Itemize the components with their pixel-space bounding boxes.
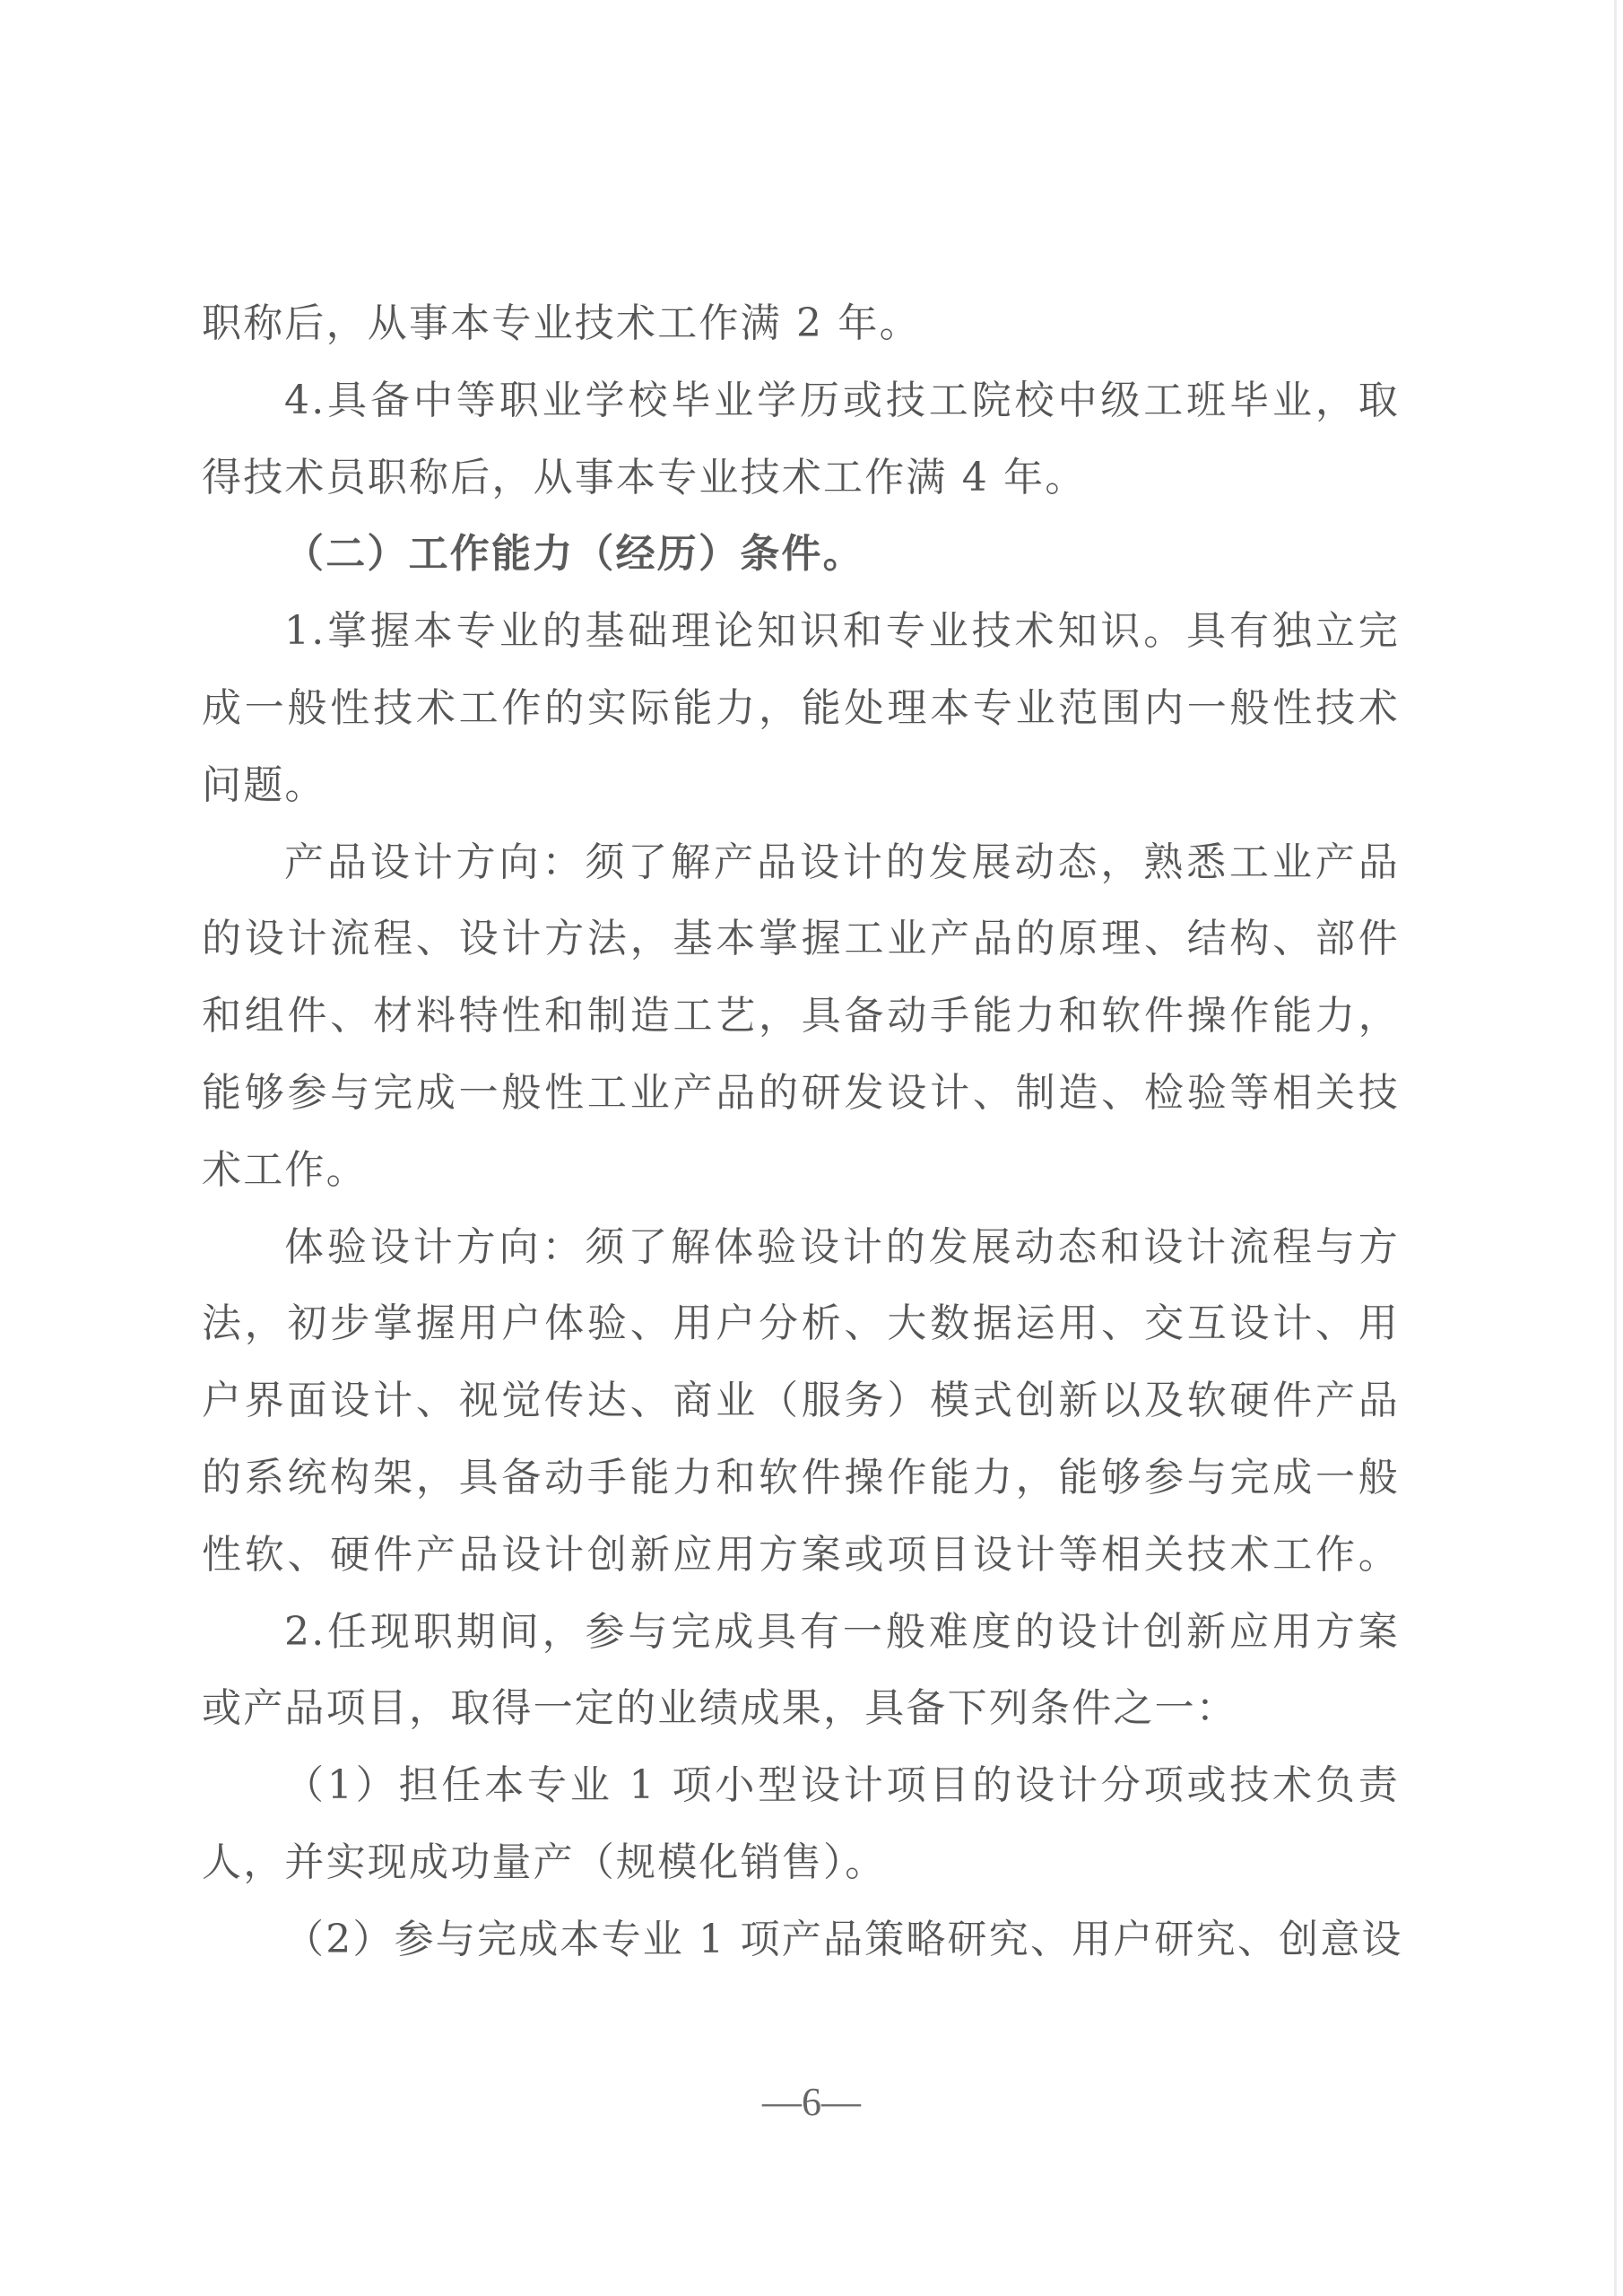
text-line: 得技术员职称后，从事本专业技术工作满 4 年。: [202, 439, 1400, 517]
text-line: 2.任现职期间，参与完成具有一般难度的设计创新应用方案: [202, 1594, 1400, 1671]
text-line: 户界面设计、视觉传达、商业（服务）模式创新以及软硬件产品: [202, 1362, 1400, 1439]
text-line: 成一般性技术工作的实际能力，能处理本专业范围内一般性技术: [202, 670, 1400, 747]
text-line: （2）参与完成本专业 1 项产品策略研究、用户研究、创意设: [202, 1901, 1400, 1979]
text-line: 1.掌握本专业的基础理论知识和专业技术知识。具有独立完: [202, 593, 1400, 670]
text-line: 体验设计方向：须了解体验设计的发展动态和设计流程与方: [202, 1209, 1400, 1286]
text-line: （1）担任本专业 1 项小型设计项目的设计分项或技术负责: [202, 1747, 1400, 1824]
text-line: 和组件、材料特性和制造工艺，具备动手能力和软件操作能力，: [202, 978, 1400, 1055]
text-line: 术工作。: [202, 1132, 1400, 1209]
text-line: 能够参与完成一般性工业产品的研发设计、制造、检验等相关技: [202, 1055, 1400, 1132]
text-line: 的设计流程、设计方法，基本掌握工业产品的原理、结构、部件: [202, 900, 1400, 978]
text-line: 问题。: [202, 747, 1400, 824]
text-line: 或产品项目，取得一定的业绩成果，具备下列条件之一：: [202, 1670, 1400, 1747]
document-body: 职称后，从事本专业技术工作满 2 年。 4.具备中等职业学校毕业学历或技工院校中…: [202, 285, 1400, 1979]
text-line: 职称后，从事本专业技术工作满 2 年。: [202, 285, 1400, 362]
text-line: 的系统构架，具备动手能力和软件操作能力，能够参与完成一般: [202, 1439, 1400, 1517]
text-line: 法，初步掌握用户体验、用户分析、大数据运用、交互设计、用: [202, 1285, 1400, 1362]
page-number: —6—: [0, 2079, 1623, 2125]
scan-edge-line: [1614, 0, 1617, 2296]
text-line: 人，并实现成功量产（规模化销售）。: [202, 1824, 1400, 1901]
section-heading: （二）工作能力（经历）条件。: [202, 516, 1400, 593]
text-line: 4.具备中等职业学校毕业学历或技工院校中级工班毕业，取: [202, 362, 1400, 439]
document-page: 职称后，从事本专业技术工作满 2 年。 4.具备中等职业学校毕业学历或技工院校中…: [0, 0, 1623, 2296]
text-line: 产品设计方向：须了解产品设计的发展动态，熟悉工业产品: [202, 824, 1400, 901]
text-line: 性软、硬件产品设计创新应用方案或项目设计等相关技术工作。: [202, 1517, 1400, 1594]
